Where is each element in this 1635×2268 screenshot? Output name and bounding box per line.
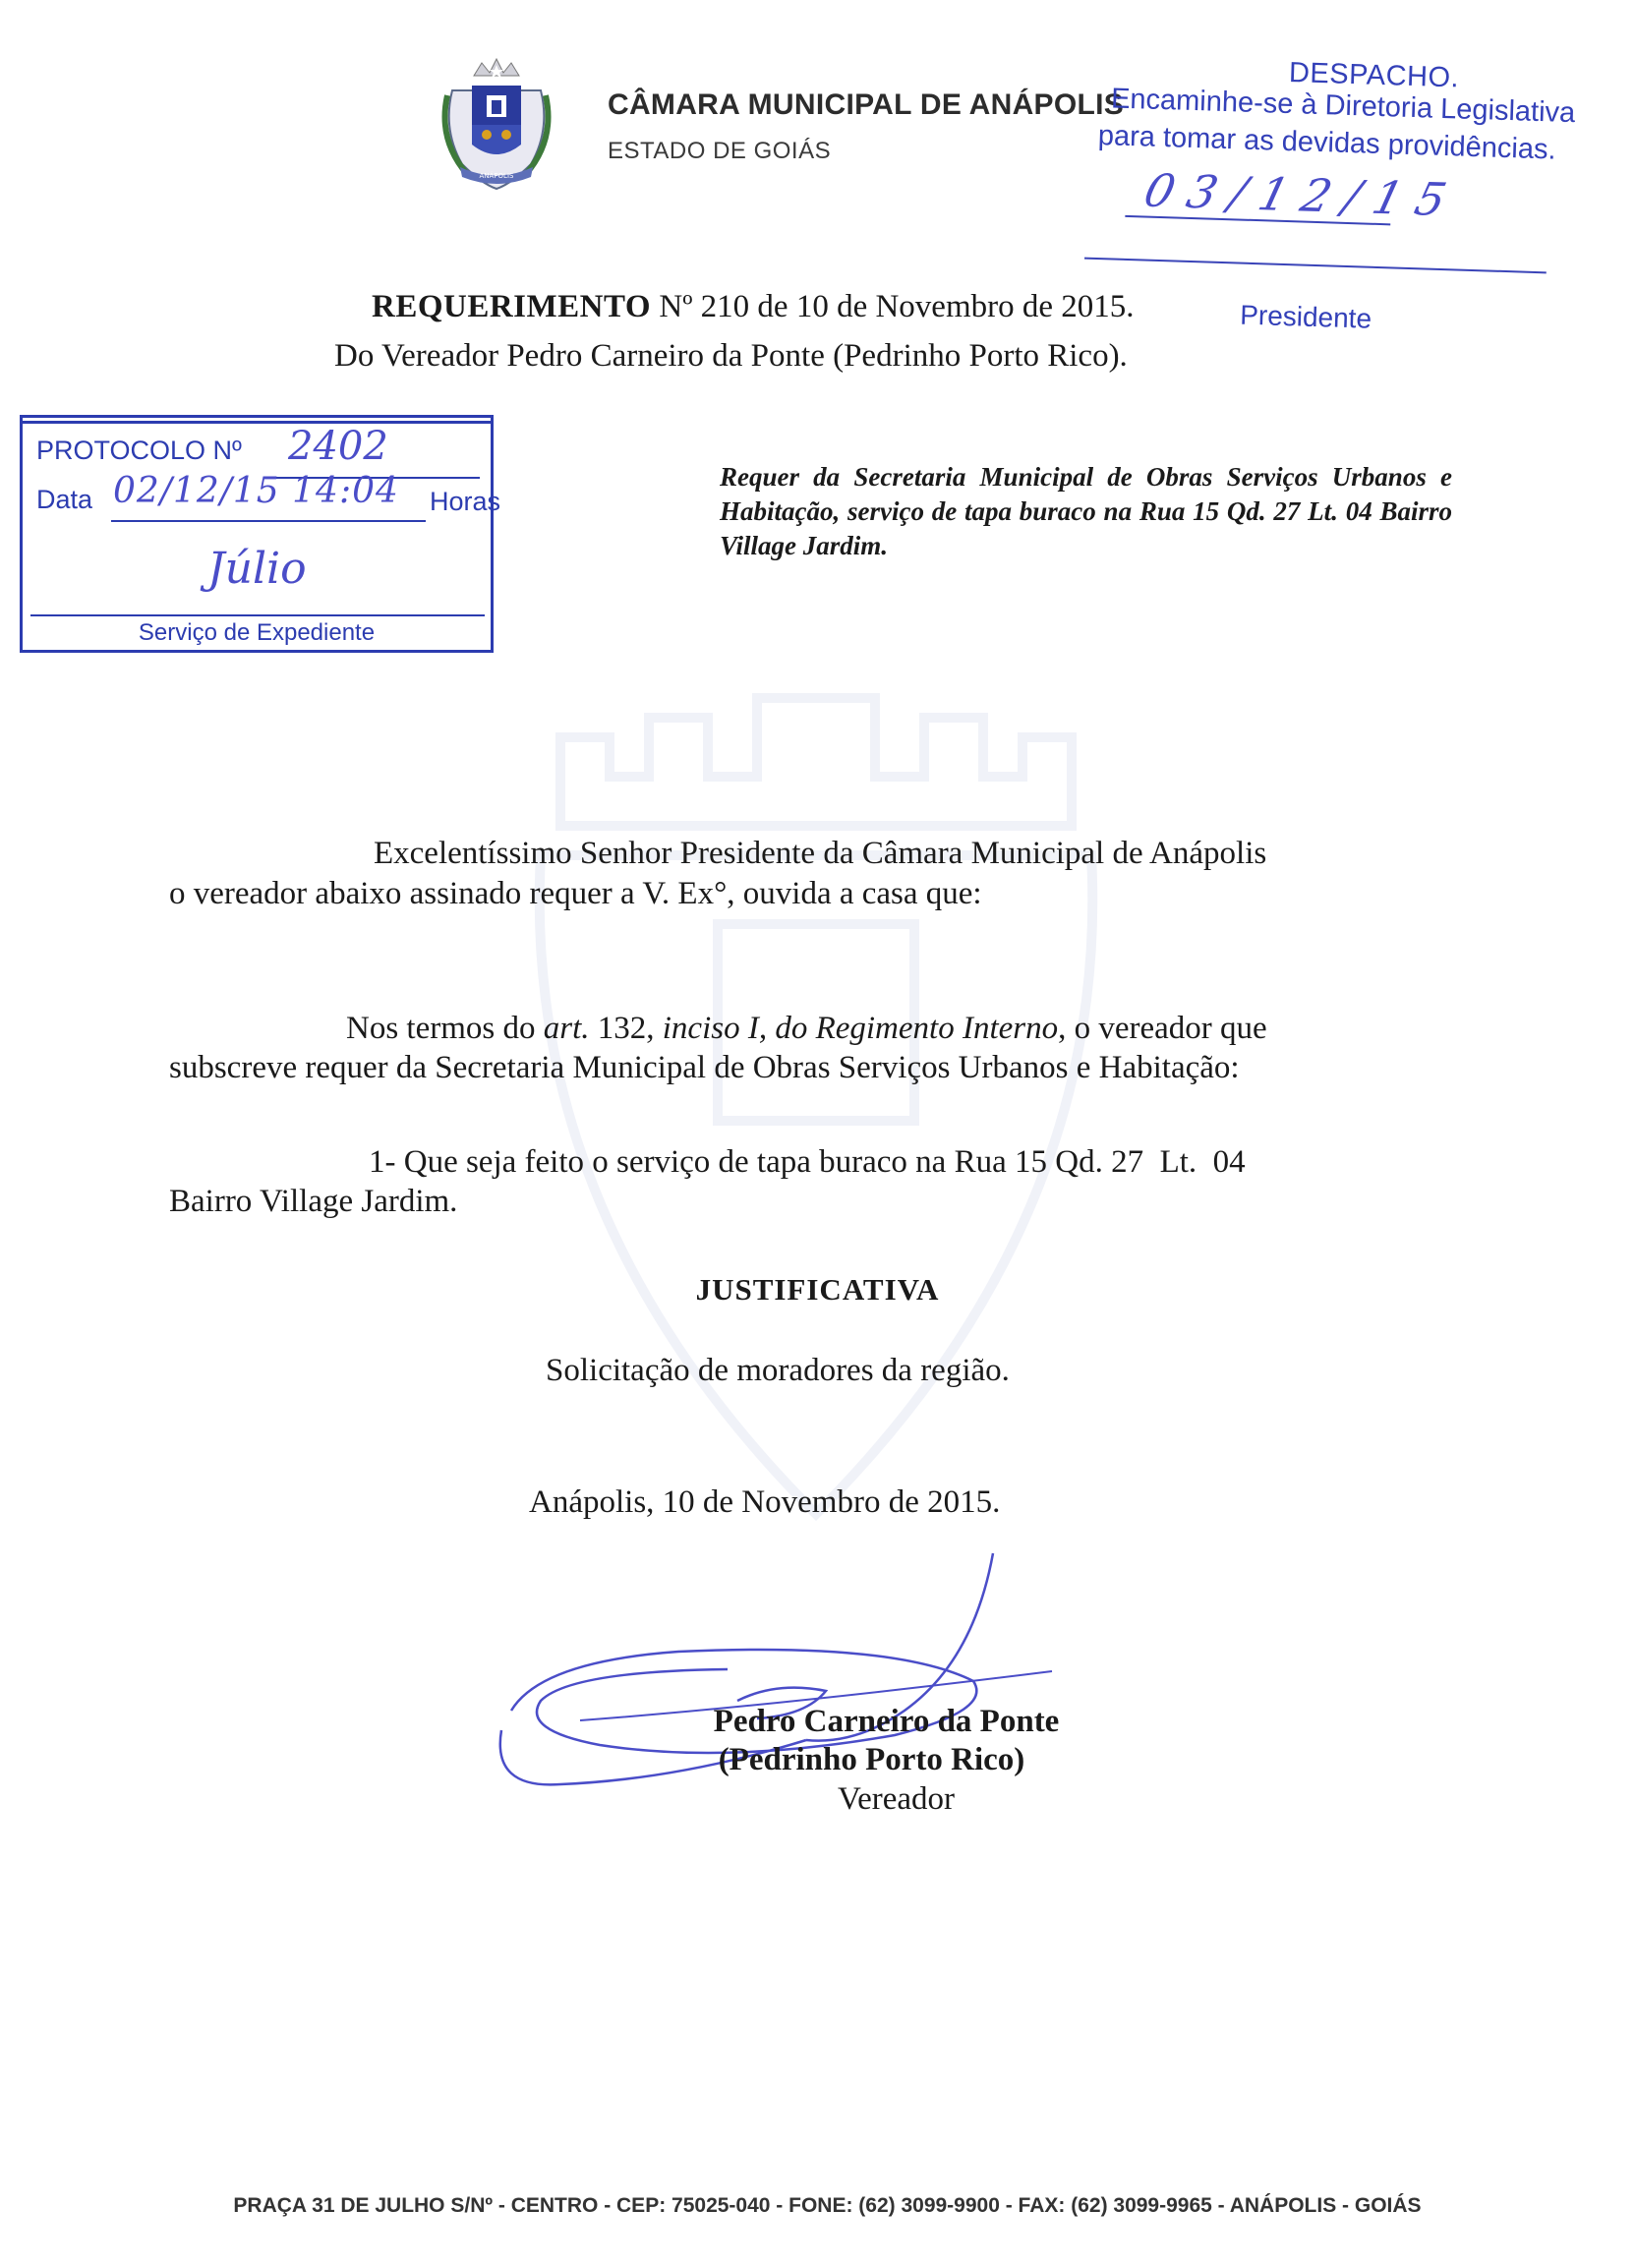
terms-suffix: , o vereador que [1058, 1011, 1267, 1046]
signatory-nickname: (Pedrinho Porto Rico) [0, 1742, 1635, 1778]
greeting-line-1: Excelentíssimo Senhor Presidente da Câma… [374, 834, 1266, 873]
justification-text: Solicitação de moradores da região. [546, 1353, 1010, 1389]
terms-reference: inciso I, do Regimento Interno [663, 1011, 1058, 1046]
crest-watermark-icon [482, 678, 1150, 1563]
document-title-number: Nº 210 de 10 de Novembro de 2015. [651, 289, 1134, 324]
protocolo-signature-rule [30, 614, 485, 616]
signatory-role: Vereador [0, 1781, 1635, 1818]
justification-heading: JUSTIFICATIVA [0, 1272, 1635, 1308]
protocolo-number: 2402 [288, 424, 388, 469]
request-item-1-line-1: 1- Que seja feito o serviço de tapa bura… [369, 1142, 1460, 1182]
protocolo-hours-label: Horas [430, 487, 500, 517]
terms-line-2: subscreve requer da Secretaria Municipal… [169, 1048, 1240, 1087]
protocolo-date-label: Data [36, 485, 92, 515]
document-title-type: REQUERIMENTO [372, 289, 651, 324]
document-author: Do Vereador Pedro Carneiro da Ponte (Ped… [334, 338, 1128, 375]
stamp-top-border [23, 418, 491, 424]
footer-address: PRAÇA 31 DE JULHO S/Nº - CENTRO - CEP: 7… [0, 2194, 1635, 2218]
protocolo-time: 14:04 [292, 471, 399, 511]
document-summary: Requer da Secretaria Municipal de Obras … [720, 460, 1452, 563]
institution-name: CÂMARA MUNICIPAL DE ANÁPOLIS [608, 88, 1124, 122]
despacho-signature-rule [1084, 258, 1547, 274]
request-item-1-line-2: Bairro Village Jardim. [169, 1182, 457, 1221]
terms-article-number: 132, [590, 1011, 663, 1046]
protocolo-footer: Serviço de Expediente [23, 619, 491, 647]
svg-text:ANÁPOLIS: ANÁPOLIS [480, 171, 515, 180]
protocolo-stamp: PROTOCOLO Nº 2402 Data 02/12/15 14:04 Ho… [20, 415, 494, 653]
protocolo-signature: Júlio [207, 544, 307, 594]
state-name: ESTADO DE GOIÁS [608, 138, 831, 165]
place-and-date: Anápolis, 10 de Novembro de 2015. [529, 1484, 1000, 1521]
municipal-crest-icon: ANÁPOLIS [433, 51, 560, 194]
signatory-name: Pedro Carneiro da Ponte [0, 1704, 1635, 1740]
protocolo-date-time: 02/12/15 14:04 [113, 471, 399, 511]
protocolo-number-label: PROTOCOLO Nº [36, 436, 242, 466]
terms-prefix: Nos termos do [346, 1011, 544, 1046]
terms-article: art. [544, 1011, 590, 1046]
despacho-signature-label: Presidente [1240, 300, 1372, 335]
document-title: REQUERIMENTO Nº 210 de 10 de Novembro de… [372, 289, 1135, 325]
protocolo-date: 02/12/15 [113, 471, 280, 511]
greeting-line-2: o vereador abaixo assinado requer a V. E… [169, 874, 982, 913]
terms-line-1: Nos termos do art. 132, inciso I, do Reg… [346, 1009, 1267, 1048]
despacho-stamp: DESPACHO. Encaminhe-se à Diretoria Legis… [1092, 39, 1635, 351]
protocolo-date-rule [111, 520, 426, 522]
